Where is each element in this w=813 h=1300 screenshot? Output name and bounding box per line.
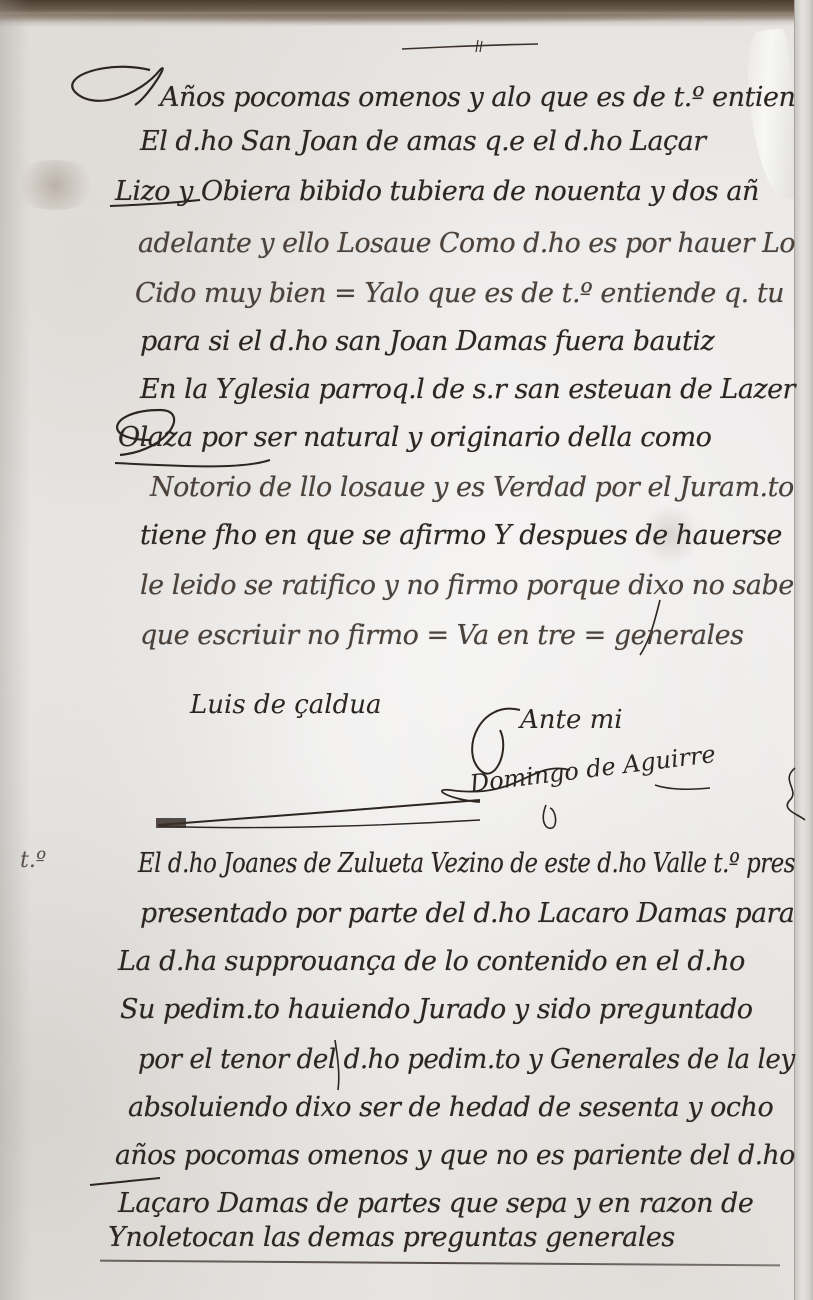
- ink-stain: [10, 160, 100, 210]
- manuscript-line: adelante y ello Losaue Como d.ho es por …: [138, 228, 795, 259]
- manuscript-line: Laçaro Damas de partes que sepa y en raz…: [118, 1188, 753, 1219]
- folio-mark-line: [400, 40, 540, 54]
- manuscript-line: años pocomas omenos y que no es pariente…: [115, 1140, 795, 1171]
- margin-note-testigo: t.º: [20, 848, 46, 873]
- manuscript-line: La d.ha supprouança de lo contenido en e…: [118, 946, 745, 977]
- manuscript-line: El d.ho San Joan de amas q.e el d.ho Laç…: [140, 126, 706, 157]
- manuscript-line: Años pocomas omenos y alo que es de t.º …: [160, 82, 795, 113]
- top-edge-fray: [0, 14, 813, 30]
- manuscript-line: En la Yglesia parroq.l de s.r san esteua…: [140, 374, 795, 405]
- manuscript-line: que escriuir no firmo = Va en tre = gene…: [140, 620, 743, 651]
- manuscript-line: Su pedim.to hauiendo Jurado y sido pregu…: [120, 994, 753, 1025]
- manuscript-line: presentado por parte del d.ho Lacaro Dam…: [140, 898, 794, 929]
- manuscript-line: Cido muy bien = Yalo que es de t.º entie…: [135, 278, 784, 309]
- binding-edge: [794, 0, 813, 1300]
- manuscript-line: para si el d.ho san Joan Damas fuera bau…: [140, 326, 714, 357]
- manuscript-line: absoluiendo dixo ser de hedad de sesenta…: [128, 1092, 773, 1123]
- closing-rule-line: [100, 1260, 780, 1267]
- manuscript-page: Años pocomas omenos y alo que es de t.º …: [0, 0, 813, 1300]
- manuscript-line: Olaza por ser natural y originario della…: [118, 422, 711, 453]
- manuscript-line: le leido se ratifico y no firmo porque d…: [140, 570, 794, 601]
- manuscript-line: por el tenor del d.ho pedim.to y General…: [138, 1044, 795, 1075]
- manuscript-line: El d.ho Joanes de Zulueta Vezino de este…: [138, 848, 795, 879]
- notary-signature-ante-mi: Ante mi: [520, 705, 623, 735]
- manuscript-line: Notorio de llo losaue y es Verdad por el…: [150, 472, 794, 503]
- manuscript-line: Lizo y Obiera bibido tubiera de nouenta …: [115, 176, 759, 207]
- manuscript-line: tiene fho en que se afirmo Y despues de …: [140, 520, 782, 551]
- manuscript-line: Ynoletocan las demas preguntas generales: [108, 1222, 675, 1253]
